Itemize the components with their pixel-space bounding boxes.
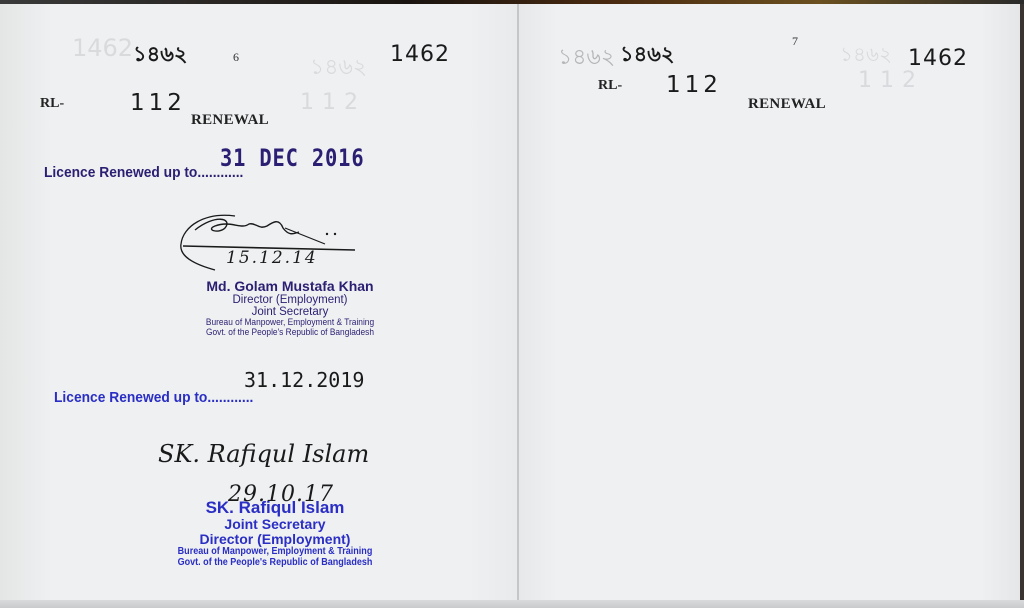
page-number: 6 <box>233 50 239 65</box>
signatory-govt: Govt. of the People's Republic of Bangla… <box>168 557 383 568</box>
serial-number: 1462 <box>908 46 968 71</box>
licence-renewed-label: Licence Renewed up to............ <box>44 164 243 181</box>
signatory-name: Md. Golam Mustafa Khan <box>190 279 390 294</box>
bleed-through-text: 112 <box>300 90 366 115</box>
booklet-spine <box>517 4 519 604</box>
signatory-title: Director (Employment) <box>190 294 390 306</box>
page-number: 7 <box>792 34 798 49</box>
signatory-govt: Govt. of the People's Republic of Bangla… <box>202 328 378 338</box>
signed-date: 15.12.14 <box>226 248 318 268</box>
serial-bengali: ১৪৬২ <box>133 38 188 73</box>
scan-right-edge <box>1020 4 1024 604</box>
licence-renewed-label: Licence Renewed up to............ <box>54 389 253 406</box>
signatory-title: Joint Secretary <box>150 517 400 532</box>
rl-label: RL- <box>40 96 64 112</box>
signatory-block-1: Md. Golam Mustafa Khan Director (Employm… <box>190 279 390 338</box>
bleed-through-text: 112 <box>858 68 924 93</box>
signatory-block-2: SK. Rafiqul Islam Joint Secretary Direct… <box>150 499 400 568</box>
renewal-label: RENEWAL <box>748 96 826 113</box>
rl-number: 112 <box>130 90 186 116</box>
rl-number: 112 <box>666 72 722 98</box>
handwritten-name: SK. Rafiqul Islam <box>158 440 369 468</box>
bleed-through-text: ১৪৬২ <box>310 50 367 87</box>
renewal-label: RENEWAL <box>191 112 269 129</box>
renewal-date-typed: 31.12.2019 <box>244 368 364 392</box>
bleed-through-text: ১৪৬২ <box>558 40 615 77</box>
right-page: ১৪৬২ ১৪৬২ 112 ১৪৬২ 7 1462 RL- 112 RENEWA… <box>518 4 1020 604</box>
rl-label: RL- <box>598 78 622 94</box>
left-page: 1462 ১৪৬২ 112 ১৪৬২ 6 1462 RL- 112 RENEWA… <box>0 4 518 604</box>
signatory-name: SK. Rafiqul Islam <box>150 499 400 517</box>
renewal-date-stamp: 31 DEC 2016 <box>220 144 364 172</box>
bleed-through-text: 1462 <box>72 34 133 62</box>
serial-bengali: ১৪৬২ <box>620 38 675 73</box>
signatory-title: Director (Employment) <box>150 532 400 547</box>
scan-bottom-edge <box>0 600 1024 608</box>
serial-number: 1462 <box>390 42 450 67</box>
